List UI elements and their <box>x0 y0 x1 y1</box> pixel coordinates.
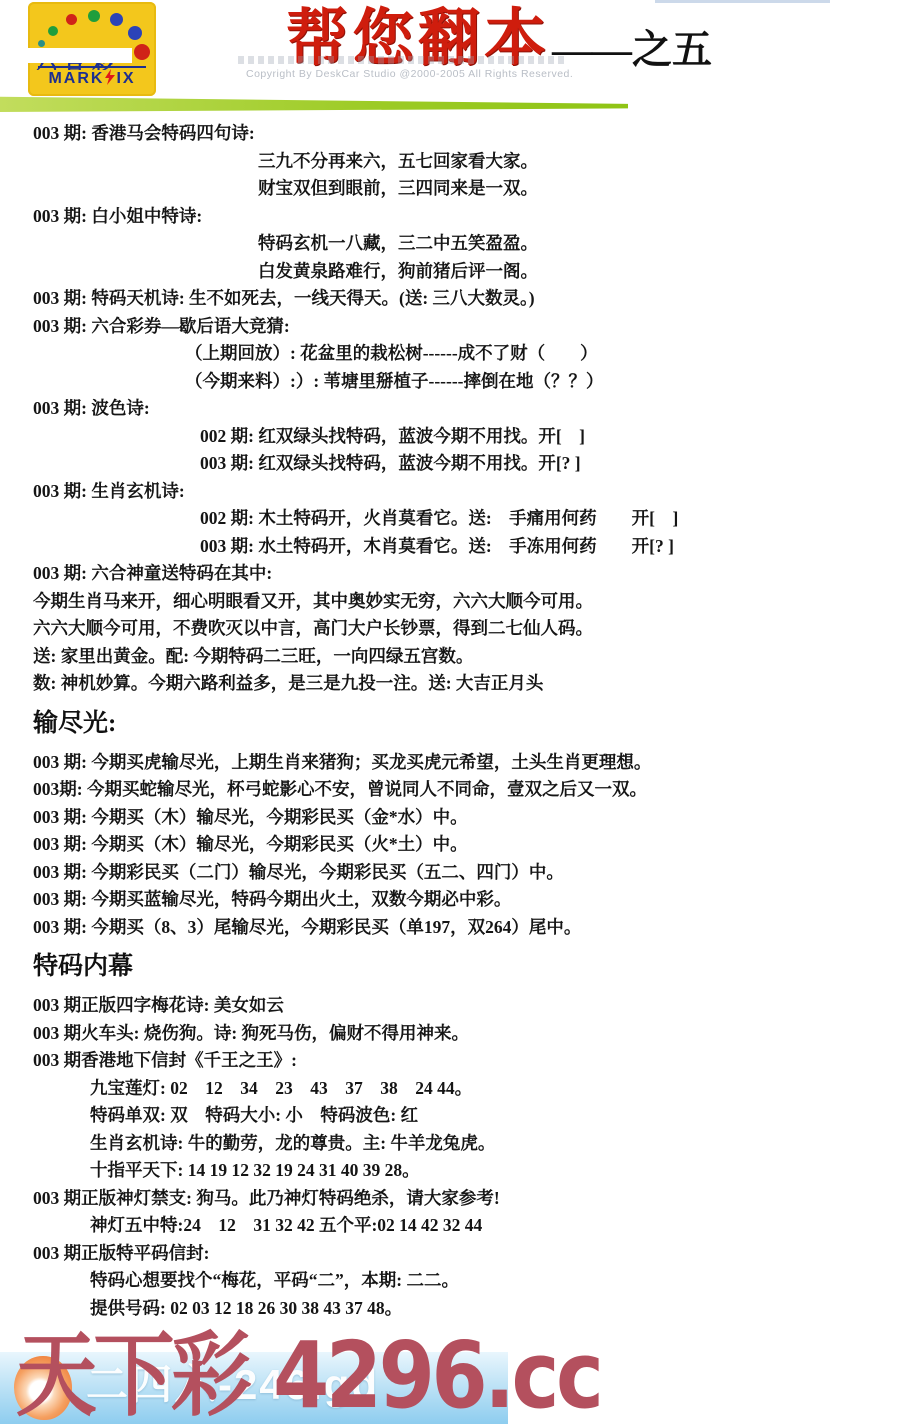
text-line: 六六大顺今可用，不费吹灭以中言，高门大户长钞票，得到二七仙人码。 <box>33 615 908 643</box>
text-line: 002 期: 木土特码开，火肖莫看它。送: 手痛用何药 开[ ] <box>200 505 908 533</box>
text-line: 002 期: 红双绿头找特码，蓝波今期不用找。开[ ] <box>200 423 908 451</box>
text-line: 财宝双但到眼前，三四同来是一双。 <box>258 175 908 203</box>
shujinguang-lines: 003 期: 今期买虎输尽光，上期生肖来猪狗；买龙买虎元希望，土头生肖更理想。0… <box>0 749 908 942</box>
copyright-text: Copyright By DeskCar Studio @2000-2005 A… <box>246 68 573 80</box>
text-line: 003期: 今期买蛇输尽光，杯弓蛇影心不安，曾说同人不同命，壹双之后又一双。 <box>33 776 908 804</box>
text-line: 003 期: 白小姐中特诗: <box>33 203 908 231</box>
section-heading-temaneimu: 特码内幕 <box>33 952 908 982</box>
poems-lines: 003 期: 香港马会特码四句诗:三九不分再来六，五七回家看大家。财宝双但到眼前… <box>0 120 908 698</box>
content: 003 期: 香港马会特码四句诗:三九不分再来六，五七回家看大家。财宝双但到眼前… <box>0 120 908 1322</box>
logo-wordmark: MARKIX <box>38 66 146 90</box>
text-line: 003 期: 生肖玄机诗: <box>33 478 908 506</box>
text-line: 003 期香港地下信封《千王之王》: <box>33 1047 908 1075</box>
lightning-icon <box>105 69 115 90</box>
text-line: 神灯五中特:24 12 31 32 42 五个平:02 14 42 32 44 <box>90 1212 908 1240</box>
text-line: 003 期: 水土特码开，木肖莫看它。送: 手冻用何药 开[? ] <box>200 533 908 561</box>
masthead: 六合彩 MARKIX 帮您翻本——之五 Copyright By DeskCar… <box>0 0 908 118</box>
footer: 二四六-246.gd 天下彩 4296.cc <box>0 1328 908 1424</box>
temaneimu-lines: 003 期正版四字梅花诗: 美女如云003 期火车头: 烧伤狗。诗: 狗死马伤，… <box>0 992 908 1322</box>
text-line: 003 期: 六合彩券—歇后语大竞猜: <box>33 313 908 341</box>
logo-white-strip <box>4 48 132 63</box>
logo-dot <box>48 26 58 36</box>
mark-six-logo: 六合彩 MARKIX <box>28 2 156 96</box>
title-suffix: ——之五 <box>552 18 712 75</box>
text-line: 003 期: 今期买（8、3）尾输尽光，今期彩民买（单197，双264）尾中。 <box>33 914 908 942</box>
text-line: 003 期正版四字梅花诗: 美女如云 <box>33 992 908 1020</box>
text-line: 三九不分再来六，五七回家看大家。 <box>258 148 908 176</box>
title-wrap: 帮您翻本——之五 <box>286 2 712 76</box>
text-line: 特码玄机一八藏，三二中五笑盈盈。 <box>258 230 908 258</box>
text-line: 003 期: 今期买（木）输尽光，今期彩民买（火*土）中。 <box>33 831 908 859</box>
text-line: （今期来料）:）: 苇塘里掰植子------摔倒在地（？？） <box>185 368 908 396</box>
page-title: 帮您翻本 <box>286 2 550 76</box>
text-line: 白发黄泉路难行，狗前猪后评一阁。 <box>258 258 908 286</box>
logo-six-text: IX <box>116 70 135 87</box>
text-line: 003 期: 香港马会特码四句诗: <box>33 120 908 148</box>
page: 六合彩 MARKIX 帮您翻本——之五 Copyright By DeskCar… <box>0 0 908 1424</box>
section-shujinguang: 输尽光: 003 期: 今期买虎输尽光，上期生肖来猪狗；买龙买虎元希望，土头生肖… <box>0 709 908 942</box>
text-line: 十指平天下: 14 19 12 32 19 24 31 40 39 28。 <box>90 1157 908 1185</box>
text-line: 003 期火车头: 烧伤狗。诗: 狗死马伤，偏财不得用神来。 <box>33 1020 908 1048</box>
text-line: 003 期: 今期买（木）输尽光，今期彩民买（金*水）中。 <box>33 804 908 832</box>
section-poems: 003 期: 香港马会特码四句诗:三九不分再来六，五七回家看大家。财宝双但到眼前… <box>0 120 908 698</box>
text-line: 003 期: 六合神童送特码在其中: <box>33 560 908 588</box>
text-line: （上期回放）: 花盆里的栽松树------成不了财（ ） <box>185 340 908 368</box>
text-line: 九宝莲灯: 02 12 34 23 43 37 38 24 44。 <box>90 1075 908 1103</box>
section-temaneimu: 特码内幕 003 期正版四字梅花诗: 美女如云003 期火车头: 烧伤狗。诗: … <box>0 952 908 1322</box>
blurred-text-line <box>238 56 568 64</box>
logo-dot <box>88 10 100 22</box>
text-line: 生肖玄机诗: 牛的勤劳，龙的尊贵。主: 牛羊龙兔虎。 <box>90 1130 908 1158</box>
section-heading-shujinguang: 输尽光: <box>33 709 908 739</box>
text-line: 003 期: 今期买虎输尽光，上期生肖来猪狗；买龙买虎元希望，土头生肖更理想。 <box>33 749 908 777</box>
text-line: 特码单双: 双 特码大小: 小 特码波色: 红 <box>90 1102 908 1130</box>
text-line: 003 期: 红双绿头找特码，蓝波今期不用找。开[? ] <box>200 450 908 478</box>
logo-dot <box>66 14 77 25</box>
logo-dot <box>128 26 142 40</box>
text-line: 数: 神机妙算。今期六路利益多，是三是九投一注。送: 大吉正月头 <box>33 670 908 698</box>
text-line: 003 期: 波色诗: <box>33 395 908 423</box>
text-line: 003 期: 今期彩民买（二门）输尽光，今期彩民买（五二、四门）中。 <box>33 859 908 887</box>
text-line: 003 期正版特平码信封: <box>33 1240 908 1268</box>
logo-mark-text: MARK <box>48 70 104 87</box>
text-line: 003 期: 特码天机诗: 生不如死去，一线天得天。(送: 三八大数灵。) <box>33 285 908 313</box>
green-ribbon <box>0 94 628 112</box>
text-line: 003 期正版神灯禁支: 狗马。此乃神灯特码绝杀，请大家参考! <box>33 1185 908 1213</box>
logo-dot <box>134 44 150 60</box>
site-banner-text: 天下彩 4296.cc <box>16 1330 600 1422</box>
text-line: 今期生肖马来开，细心明眼看又开，其中奥妙实无穷，六六大顺今可用。 <box>33 588 908 616</box>
text-line: 003 期: 今期买蓝输尽光，特码今期出火土，双数今期必中彩。 <box>33 886 908 914</box>
logo-dot <box>110 13 123 26</box>
text-line: 提供号码: 02 03 12 18 26 30 38 43 37 48。 <box>90 1295 908 1323</box>
text-line: 特码心想要找个“梅花，平码“二”，本期: 二二。 <box>90 1267 908 1295</box>
text-line: 送: 家里出黄金。配: 今期特码二三旺，一向四绿五宫数。 <box>33 643 908 671</box>
